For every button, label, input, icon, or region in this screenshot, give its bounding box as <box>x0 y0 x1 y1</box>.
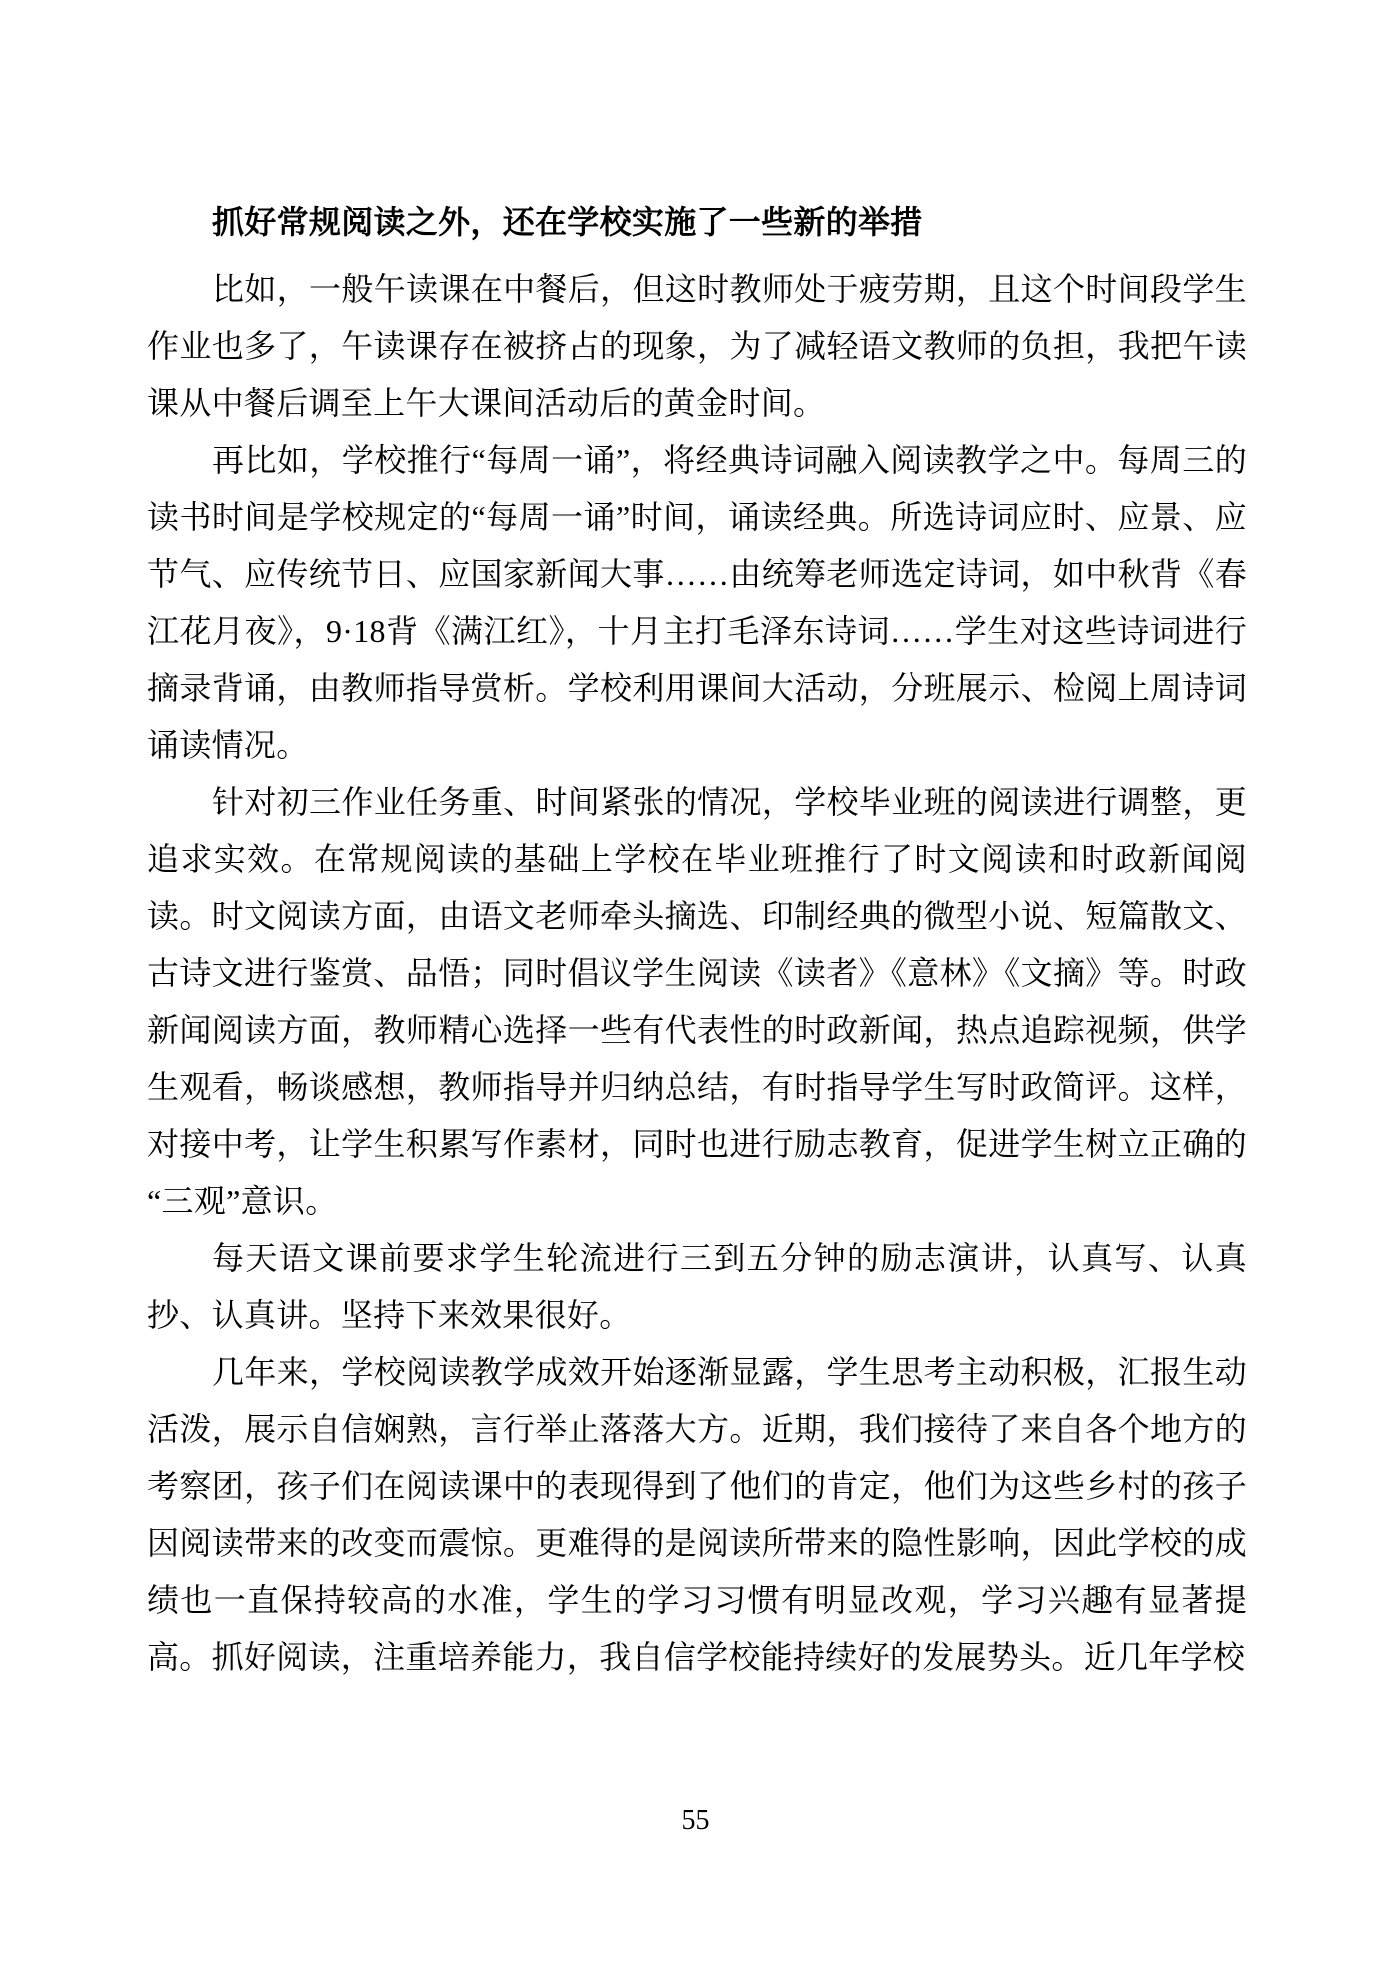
page-number: 55 <box>0 1804 1391 1838</box>
paragraph: 再比如，学校推行“每周一诵”，将经典诗词融入阅读教学之中。每周三的读书时间是学校… <box>147 432 1247 774</box>
section-heading: 抓好常规阅读之外，还在学校实施了一些新的举措 <box>147 194 1247 251</box>
document-page: 抓好常规阅读之外，还在学校实施了一些新的举措 比如，一般午读课在中餐后，但这时教… <box>0 0 1391 1965</box>
paragraph: 针对初三作业任务重、时间紧张的情况，学校毕业班的阅读进行调整，更追求实效。在常规… <box>147 774 1247 1230</box>
paragraph: 比如，一般午读课在中餐后，但这时教师处于疲劳期，且这个时间段学生作业也多了，午读… <box>147 261 1247 432</box>
paragraph: 几年来，学校阅读教学成效开始逐渐显露，学生思考主动积极，汇报生动活泼，展示自信娴… <box>147 1344 1247 1686</box>
paragraph: 每天语文课前要求学生轮流进行三到五分钟的励志演讲，认真写、认真抄、认真讲。坚持下… <box>147 1230 1247 1344</box>
document-content: 抓好常规阅读之外，还在学校实施了一些新的举措 比如，一般午读课在中餐后，但这时教… <box>147 194 1247 1686</box>
